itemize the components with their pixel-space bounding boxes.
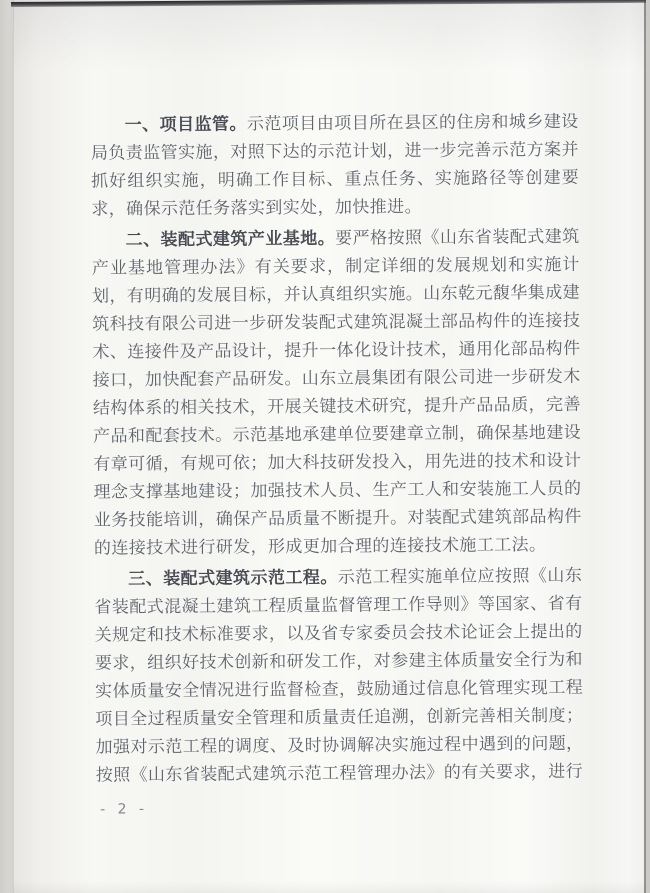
paragraph-2-text: 要严格按照《山东省装配式建筑产业基地管理办法》有关要求，制定详细的发展规划和实施… bbox=[92, 227, 582, 559]
paragraph-2-heading: 二、装配式建筑产业基地。 bbox=[126, 229, 336, 251]
paragraph-3-heading: 三、装配式建筑示范工程。 bbox=[128, 568, 338, 590]
paragraph-demonstration-project: 三、装配式建筑示范工程。示范工程实施单位应按照《山东省装配式混凝土建筑工程质量监… bbox=[94, 562, 584, 790]
paragraph-1-heading: 一、项目监管。 bbox=[125, 114, 247, 135]
paragraph-project-supervision: 一、项目监管。示范项目由项目所在县区的住房和城乡建设局负责监管实施，对照下达的示… bbox=[91, 108, 580, 224]
document-content: 一、项目监管。示范项目由项目所在县区的住房和城乡建设局负责监管实施，对照下达的示… bbox=[0, 0, 650, 893]
paragraph-3-text: 示范工程实施单位应按照《山东省装配式混凝土建筑工程质量监督管理工作导则》等国家、… bbox=[94, 566, 583, 786]
page-number: - 2 - bbox=[100, 801, 148, 817]
paragraph-industry-base: 二、装配式建筑产业基地。要严格按照《山东省装配式建筑产业基地管理办法》有关要求，… bbox=[91, 223, 582, 563]
scanned-document-screenshot: { "document": { "page_number": "- 2 -", … bbox=[0, 0, 650, 893]
document-body: 一、项目监管。示范项目由项目所在县区的住房和城乡建设局负责监管实施，对照下达的示… bbox=[91, 108, 584, 790]
